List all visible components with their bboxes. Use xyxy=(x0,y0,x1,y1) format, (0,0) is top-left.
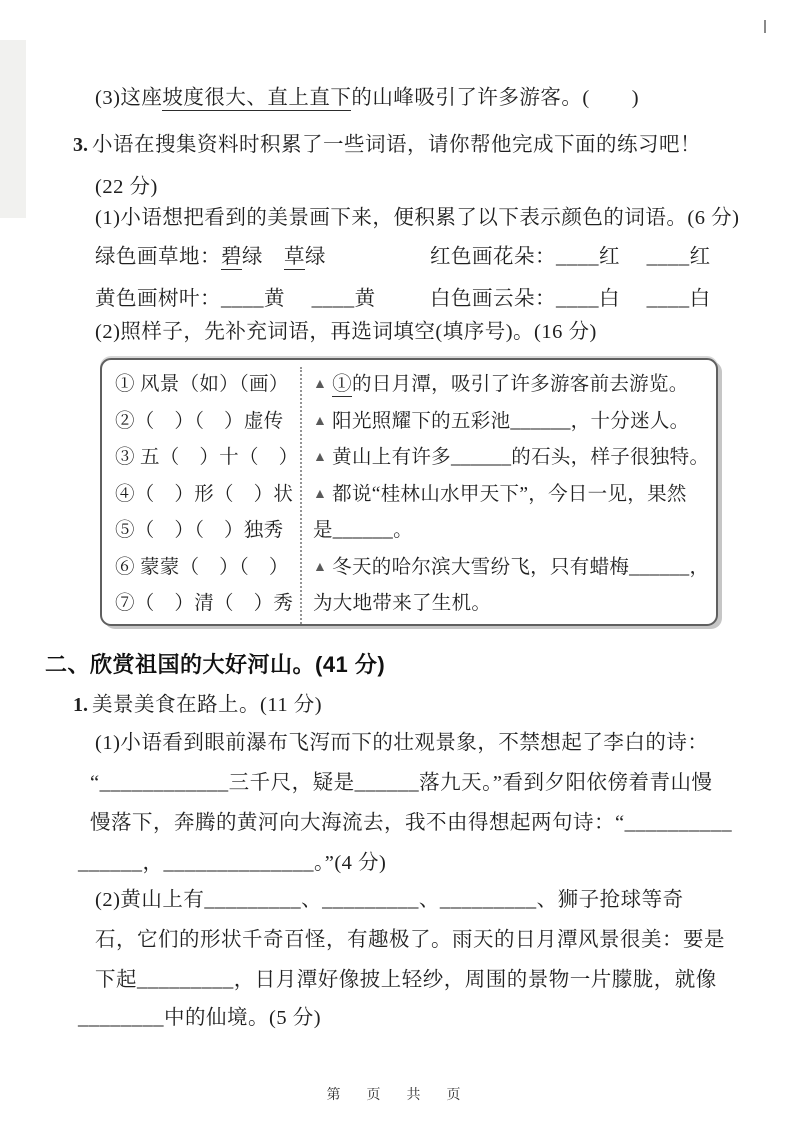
q1-sub1-line-4: ______，______________。”(4 分) xyxy=(78,849,386,877)
sentence-text-3: 黄山上有许多______的石头，样子很独特。 xyxy=(332,447,709,468)
q1-sub1-line-1: (1)小语看到眼前瀑布飞泻而下的壮观景象，不禁想起了李白的诗： xyxy=(95,729,708,757)
section2-q1-heading: 1. 美景美食在路上。(11 分) xyxy=(73,691,322,719)
color-row-green: 绿色画草地：碧绿 草绿 xyxy=(95,243,326,271)
word-item-4: ④（ ）形（ ）状 xyxy=(115,477,300,514)
green-label: 绿色画草地： xyxy=(95,246,221,268)
sentence-row-4: ▲都说“桂林山水甲天下”，今日一见，果然 xyxy=(313,477,716,514)
q1-sub1-line-2: “____________三千尺，疑是______落九天。”看到夕阳依傍着青山慢 xyxy=(90,769,712,797)
question-3-sub1-stem: (1)小语想把看到的美景画下来，便积累了以下表示颜色的词语。(6 分) xyxy=(95,204,739,232)
item-3-underlined-phrase: 坡度很大、直上直下 xyxy=(162,87,351,111)
sentence-row-6: ▲冬天的哈尔滨大雪纷飞，只有蜡梅______， xyxy=(313,550,716,587)
q1-sub2-line-2: 石，它们的形状千奇百怪，有趣极了。雨天的日月潭风景很美：要是 xyxy=(95,926,725,954)
sentence-text-4: 都说“桂林山水甲天下”，今日一见，果然 xyxy=(332,484,687,505)
filled-answer-1: ① xyxy=(332,374,352,397)
triangle-bullet-icon: ▲ xyxy=(313,450,327,465)
section2-q1-number: 1. xyxy=(73,694,88,716)
scan-tick-artifact xyxy=(764,20,766,33)
word-item-6: ⑥ 蒙蒙（ ）（ ） xyxy=(115,550,300,587)
color-row-red: 红色画花朵：____红 ____红 xyxy=(430,243,711,271)
word-item-7: ⑦（ ）清（ ）秀 xyxy=(115,586,300,623)
question-3-stem: 3. 小语在搜集资料时积累了一些词语，请你帮他完成下面的练习吧！ xyxy=(73,131,701,159)
green-gap xyxy=(263,246,284,268)
question-3-number: 3. xyxy=(73,134,88,156)
q1-sub2-line-4: ________中的仙境。(5 分) xyxy=(78,1004,321,1032)
sentence-text-6: 冬天的哈尔滨大雪纷飞，只有蜡梅______， xyxy=(332,557,709,578)
sentence-column: ▲①的日月潭，吸引了许多游客前去游览。 ▲阳光照耀下的五彩池______，十分迷… xyxy=(300,367,716,624)
question-3-sub2-stem: (2)照样子，先补充词语，再选词填空(填序号)。(16 分) xyxy=(95,318,597,346)
triangle-bullet-icon: ▲ xyxy=(313,560,327,575)
section2-q1-title: 美景美食在路上。(11 分) xyxy=(92,694,322,716)
green-example-2: 草 xyxy=(284,246,305,270)
sentence-row-5: 是______。 xyxy=(313,513,716,550)
word-exercise-box: ① 风景（如）（画） ②（ ）（ ）虚传 ③ 五（ ）十（ ） ④（ ）形（ ）… xyxy=(100,358,718,626)
sentence-text-5: 是______。 xyxy=(313,520,413,541)
word-item-3: ③ 五（ ）十（ ） xyxy=(115,440,300,477)
color-row-white: 白色画云朵：____白 ____白 xyxy=(430,285,711,313)
sentence-row-3: ▲黄山上有许多______的石头，样子很独特。 xyxy=(313,440,716,477)
q1-sub1-line-3: 慢落下，奔腾的黄河向大海流去，我不由得想起两句诗：“__________ xyxy=(90,809,732,837)
color-row-yellow: 黄色画树叶：____黄 ____黄 xyxy=(95,285,376,313)
word-list-column: ① 风景（如）（画） ②（ ）（ ）虚传 ③ 五（ ）十（ ） ④（ ）形（ ）… xyxy=(102,367,300,624)
item-3-suffix: 的山峰吸引了许多游客。( ) xyxy=(351,87,639,109)
green-example-2-tail: 绿 xyxy=(305,246,326,268)
sentence-row-2: ▲阳光照耀下的五彩池______，十分迷人。 xyxy=(313,404,716,441)
page-footer: 第 页 共 页 xyxy=(0,1084,793,1104)
item-3-line: (3)这座坡度很大、直上直下的山峰吸引了许多游客。( ) xyxy=(95,84,639,112)
word-item-1: ① 风景（如）（画） xyxy=(115,367,300,404)
scan-edge-artifact xyxy=(0,40,26,218)
q1-sub2-line-1: (2)黄山上有_________、_________、_________、狮子抢… xyxy=(95,886,684,914)
q1-sub2-line-3: 下起_________，日月潭好像披上轻纱，周围的景物一片朦胧，就像 xyxy=(95,966,717,994)
question-3-text: 小语在搜集资料时积累了一些词语，请你帮他完成下面的练习吧！ xyxy=(92,134,701,156)
sentence-text-1: 的日月潭，吸引了许多游客前去游览。 xyxy=(352,374,689,395)
item-3-prefix: (3)这座 xyxy=(95,87,162,109)
triangle-bullet-icon: ▲ xyxy=(313,487,327,502)
word-item-2: ②（ ）（ ）虚传 xyxy=(115,404,300,441)
word-item-5: ⑤（ ）（ ）独秀 xyxy=(115,513,300,550)
sentence-row-7: 为大地带来了生机。 xyxy=(313,586,716,623)
sentence-text-2: 阳光照耀下的五彩池______，十分迷人。 xyxy=(332,411,689,432)
green-example-1-tail: 绿 xyxy=(242,246,263,268)
sentence-text-7: 为大地带来了生机。 xyxy=(313,593,491,614)
triangle-bullet-icon: ▲ xyxy=(313,377,327,392)
triangle-bullet-icon: ▲ xyxy=(313,414,327,429)
green-example-1: 碧 xyxy=(221,246,242,270)
section-2-title: 二、欣赏祖国的大好河山。(41 分) xyxy=(45,648,385,679)
sentence-row-1: ▲①的日月潭，吸引了许多游客前去游览。 xyxy=(313,367,716,404)
question-3-score: (22 分) xyxy=(95,173,158,201)
